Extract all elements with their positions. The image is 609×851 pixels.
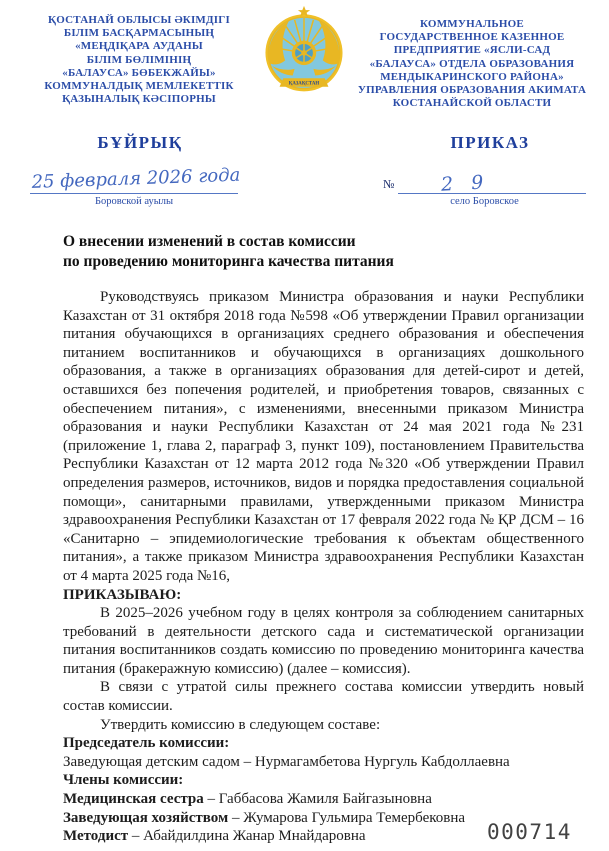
paragraph-create-commission: В 2025–2026 учебном году в целях контрол… bbox=[63, 604, 584, 678]
org-line: «МЕҢДІҚАРА АУДАНЫ bbox=[33, 40, 245, 53]
chairman-line: Заведующая детским садом – Нурмагамбетов… bbox=[63, 753, 584, 772]
member-name: – Габбасова Жамиля Байгазыновна bbox=[204, 791, 432, 807]
number-block: № 2 9 село Боровское bbox=[383, 167, 586, 207]
place-label-russian: село Боровское bbox=[383, 196, 586, 207]
members-heading: Члены комиссии: bbox=[63, 771, 584, 790]
org-line: МЕНДЫКАРИНСКОГО РАЙОНА» bbox=[348, 71, 596, 84]
order-title-kazakh: БҰЙРЫҚ bbox=[35, 133, 245, 153]
org-name-russian: КОММУНАЛЬНОЕ ГОСУДАРСТВЕННОЕ КАЗЕННОЕ ПР… bbox=[348, 18, 596, 110]
org-line: КОСТАНАЙСКОЙ ОБЛАСТИ bbox=[348, 97, 596, 110]
subject-line: по проведению мониторинга качества питан… bbox=[63, 252, 533, 272]
number-line: 2 9 bbox=[398, 167, 586, 194]
order-body: Руководствуясь приказом Министра образов… bbox=[63, 288, 584, 846]
org-line: ГОСУДАРСТВЕННОЕ КАЗЕННОЕ bbox=[348, 31, 596, 44]
member-role: Медицинская сестра bbox=[63, 791, 204, 807]
org-line: БІЛІМ БАСҚАРМАСЫНЫҢ bbox=[33, 27, 245, 40]
member-name: – Абайдилдина Жанар Мнайдаровна bbox=[128, 828, 365, 844]
org-line: КОММУНАЛДЫҚ МЕМЛЕКЕТТІК bbox=[33, 80, 245, 93]
member-name: – Жумарова Гульмира Темербековна bbox=[228, 810, 465, 826]
member-line: Медицинская сестра – Габбасова Жамиля Ба… bbox=[63, 790, 584, 809]
order-title-russian: ПРИКАЗ bbox=[385, 133, 595, 153]
org-line: УПРАВЛЕНИЯ ОБРАЗОВАНИЯ АКИМАТА bbox=[348, 84, 596, 97]
order-subject: О внесении изменений в состав комиссии п… bbox=[63, 232, 533, 272]
paragraph-new-composition: В связи с утратой силы прежнего состава … bbox=[63, 678, 584, 715]
kazakhstan-state-emblem-icon: ҚАЗАҚСТАН bbox=[257, 2, 351, 100]
subject-line: О внесении изменений в состав комиссии bbox=[63, 232, 533, 252]
order-word: ПРИКАЗЫВАЮ: bbox=[63, 586, 584, 605]
org-line: ҚАЗЫНАЛЫҚ КӘСІПОРНЫ bbox=[33, 93, 245, 106]
org-name-kazakh: ҚОСТАНАЙ ОБЛЫСЫ ӘКІМДІГІ БІЛІМ БАСҚАРМАС… bbox=[33, 14, 245, 106]
date-line: 25 февраля 2026 года bbox=[30, 167, 238, 194]
handwritten-number: 2 9 bbox=[440, 168, 544, 195]
number-sign: № bbox=[383, 177, 398, 194]
paragraph-approve-composition: Утвердить комиссию в следующем составе: bbox=[63, 716, 584, 735]
preamble-paragraph: Руководствуясь приказом Министра образов… bbox=[63, 288, 584, 586]
date-block: 25 февраля 2026 года Боровской ауылы bbox=[30, 167, 238, 207]
org-line: ҚОСТАНАЙ ОБЛЫСЫ ӘКІМДІГІ bbox=[33, 14, 245, 27]
org-line: «БАЛАУСА» БӨБЕКЖАЙЫ» bbox=[33, 67, 245, 80]
emblem-banner-text: ҚАЗАҚСТАН bbox=[289, 81, 320, 86]
org-line: «БАЛАУСА» ОТДЕЛА ОБРАЗОВАНИЯ bbox=[348, 58, 596, 71]
member-role: Методист bbox=[63, 828, 128, 844]
org-line: ПРЕДПРИЯТИЕ «ЯСЛИ-САД bbox=[348, 44, 596, 57]
org-line: КОММУНАЛЬНОЕ bbox=[348, 18, 596, 31]
place-label-kazakh: Боровской ауылы bbox=[30, 196, 238, 207]
handwritten-date: 25 февраля 2026 года bbox=[29, 165, 240, 193]
form-serial-number: 000714 bbox=[487, 820, 572, 844]
member-role: Заведующая хозяйством bbox=[63, 810, 228, 826]
org-line: БІЛІМ БӨЛІМІНІҢ bbox=[33, 54, 245, 67]
document-page: ҚОСТАНАЙ ОБЛЫСЫ ӘКІМДІГІ БІЛІМ БАСҚАРМАС… bbox=[0, 0, 609, 851]
chairman-heading: Председатель комиссии: bbox=[63, 734, 584, 753]
